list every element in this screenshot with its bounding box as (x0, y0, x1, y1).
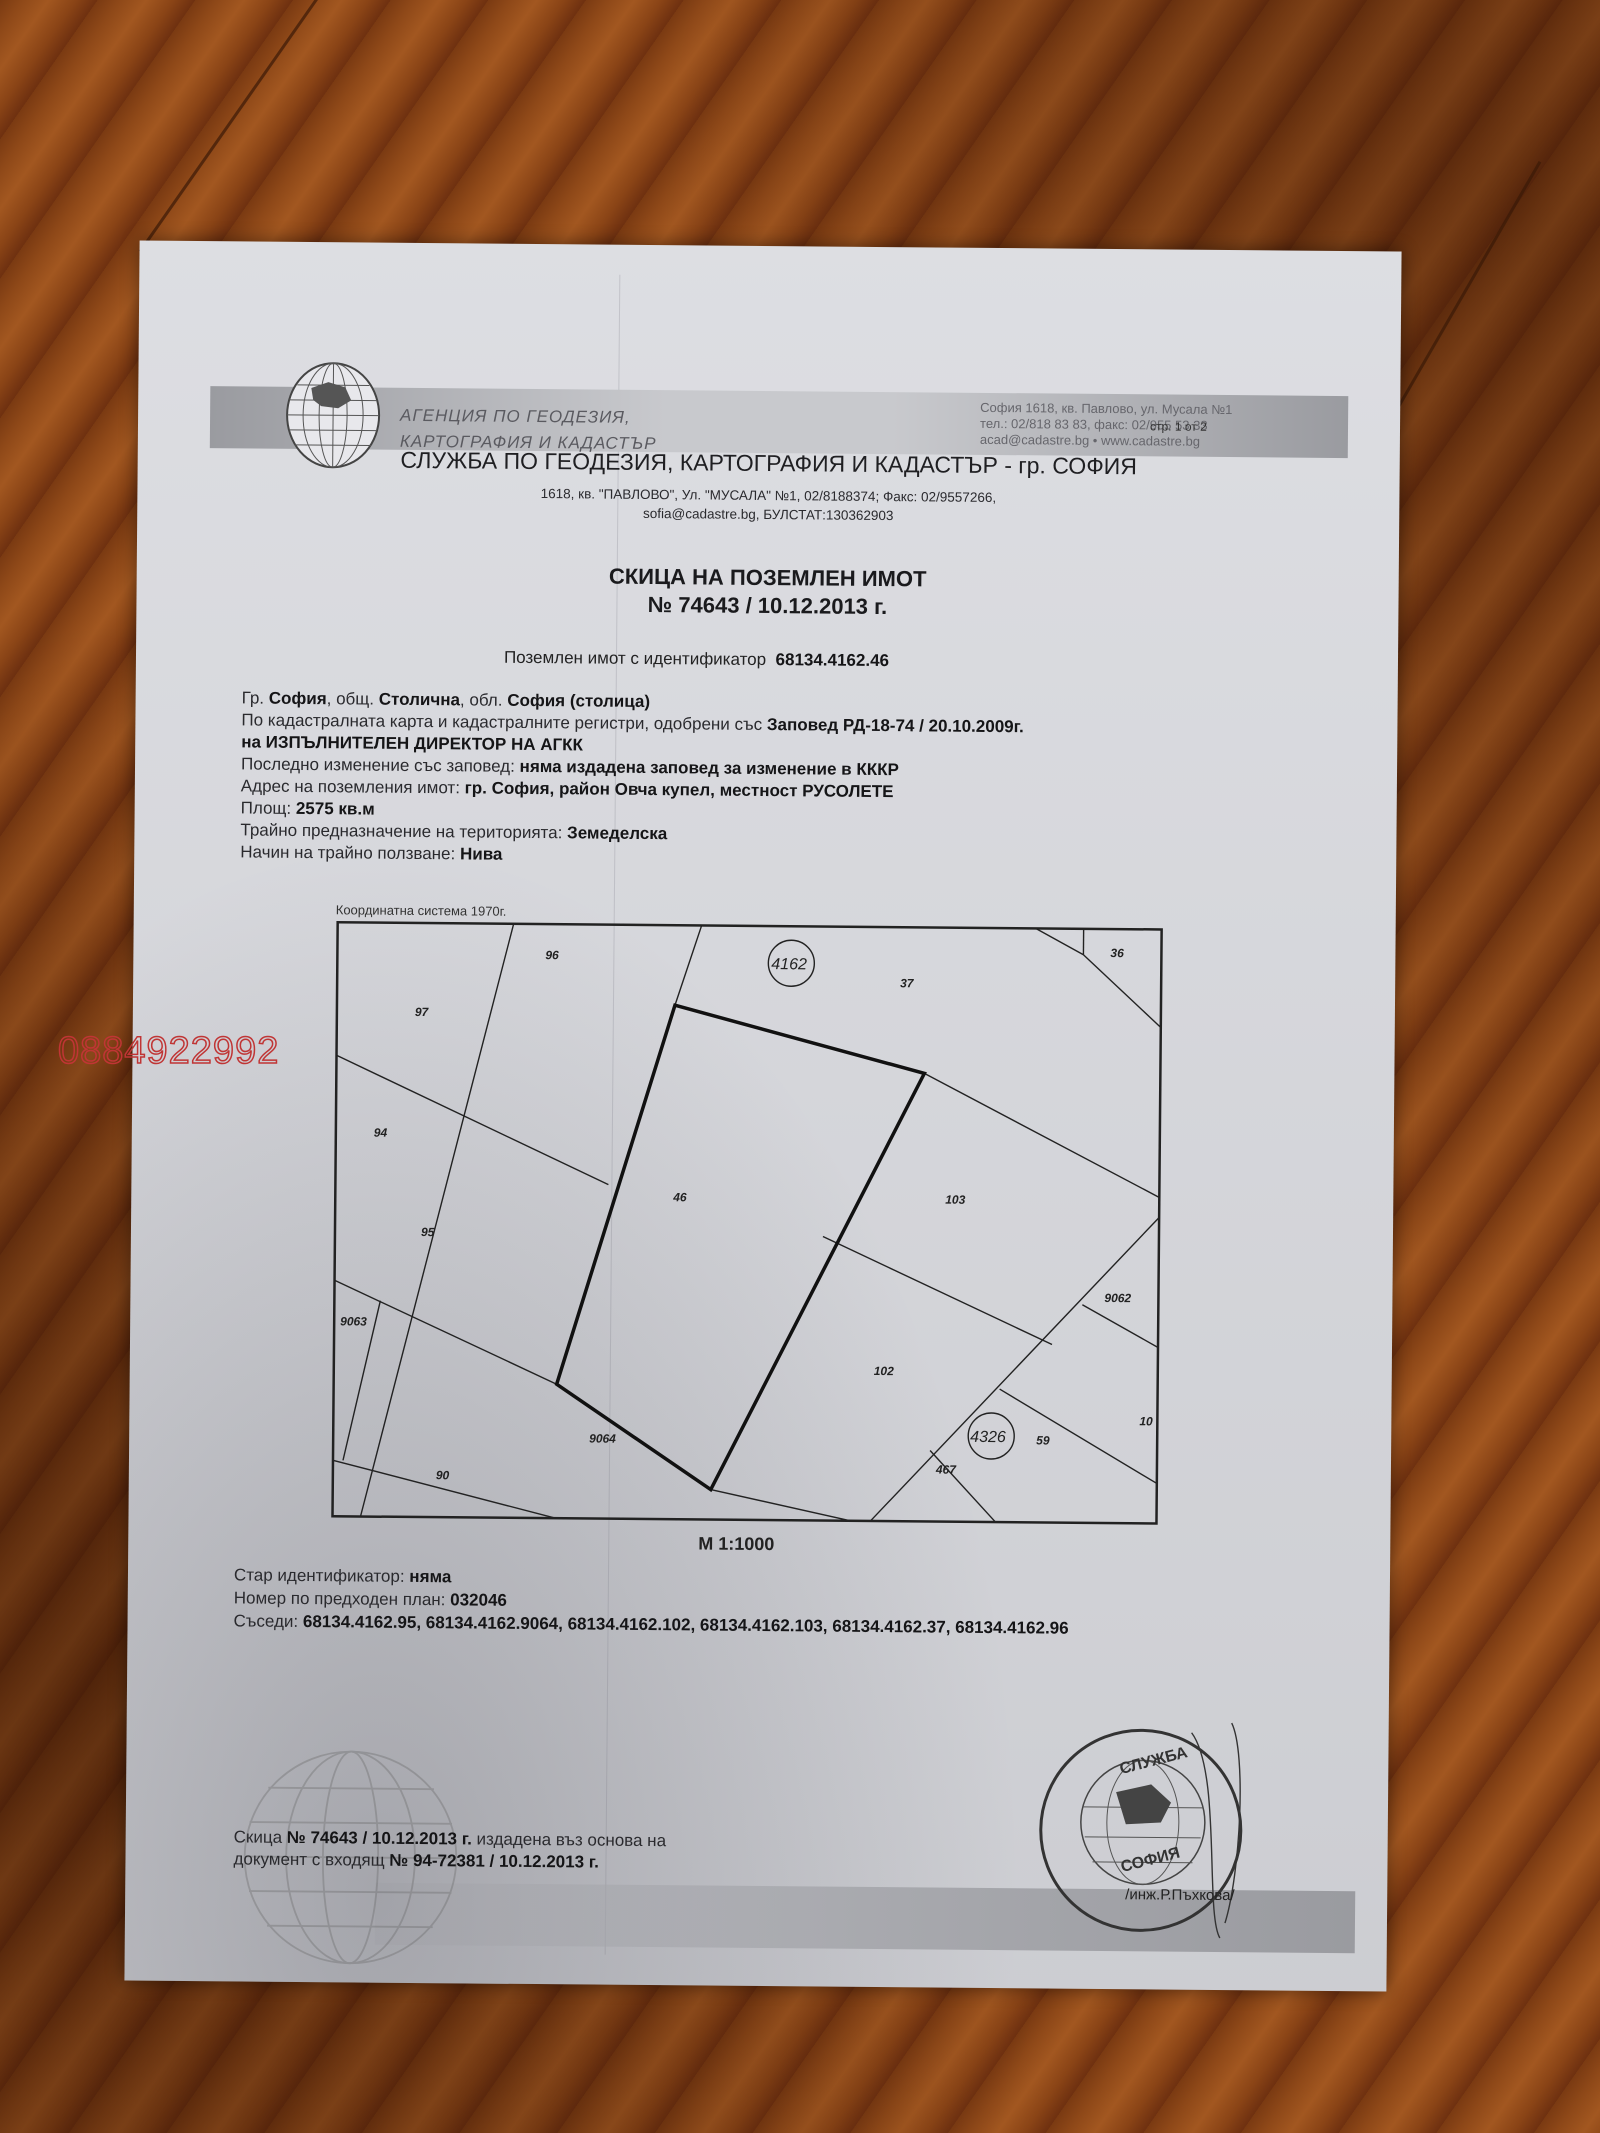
zone-label-4162: 4162 (771, 956, 807, 973)
parcel-label-97: 97 (415, 1005, 430, 1019)
parcel-extra-info: Стар идентификатор: няма Номер по предхо… (233, 1563, 1069, 1639)
phone-watermark: 0884922992 (58, 1030, 279, 1073)
svg-text:СЛУЖБА: СЛУЖБА (1118, 1744, 1190, 1778)
parcel-label-94: 94 (374, 1126, 388, 1140)
parcel-label-36: 36 (1110, 946, 1124, 960)
parcel-label-96: 96 (545, 948, 559, 962)
parcel-info: Гр. София, общ. Столична, обл. София (ст… (240, 687, 1024, 870)
official-stamp-icon: СЛУЖБА СОФИЯ (1030, 1711, 1262, 1943)
parcel-label-467: 467 (935, 1463, 957, 1477)
document-title: СКИЦА НА ПОЗЕМЛЕН ИМОТ № 74643 / 10.12.2… (136, 559, 1398, 626)
issuance-note: Скица № 74643 / 10.12.2013 г. издадена в… (233, 1826, 666, 1874)
parcel-label-90: 90 (436, 1468, 450, 1482)
coordinate-system-label: Координатна система 1970г. (336, 902, 507, 918)
zone-label-4326: 4326 (970, 1429, 1006, 1446)
parcel-identifier: Поземлен имот с идентификатор 68134.4162… (504, 648, 889, 671)
cadastral-map: 96 97 94 95 9063 90 9064 46 37 36 103 10… (330, 920, 1165, 1527)
parcel-label-9063: 9063 (340, 1314, 367, 1328)
parcel-label-102: 102 (874, 1364, 894, 1378)
parcel-label-95: 95 (421, 1225, 435, 1239)
parcel-label-46: 46 (672, 1190, 687, 1204)
signer-name: /инж.Р.Пъхкова/ (1125, 1886, 1235, 1904)
cadastral-sketch-document: АГЕНЦИЯ ПО ГЕОДЕЗИЯ, КАРТОГРАФИЯ И КАДАС… (124, 241, 1401, 1992)
svg-text:СОФИЯ: СОФИЯ (1119, 1844, 1182, 1876)
parcel-label-10: 10 (1139, 1414, 1153, 1428)
parcel-label-9062: 9062 (1104, 1291, 1131, 1305)
parcel-label-103: 103 (945, 1193, 965, 1207)
parcel-label-59: 59 (1036, 1433, 1050, 1447)
parcel-label-37: 37 (900, 976, 915, 990)
parcel-label-9064: 9064 (589, 1431, 616, 1445)
map-scale: М 1:1000 (698, 1533, 774, 1555)
page-indicator: стр. 1 от 2 (1150, 419, 1207, 433)
